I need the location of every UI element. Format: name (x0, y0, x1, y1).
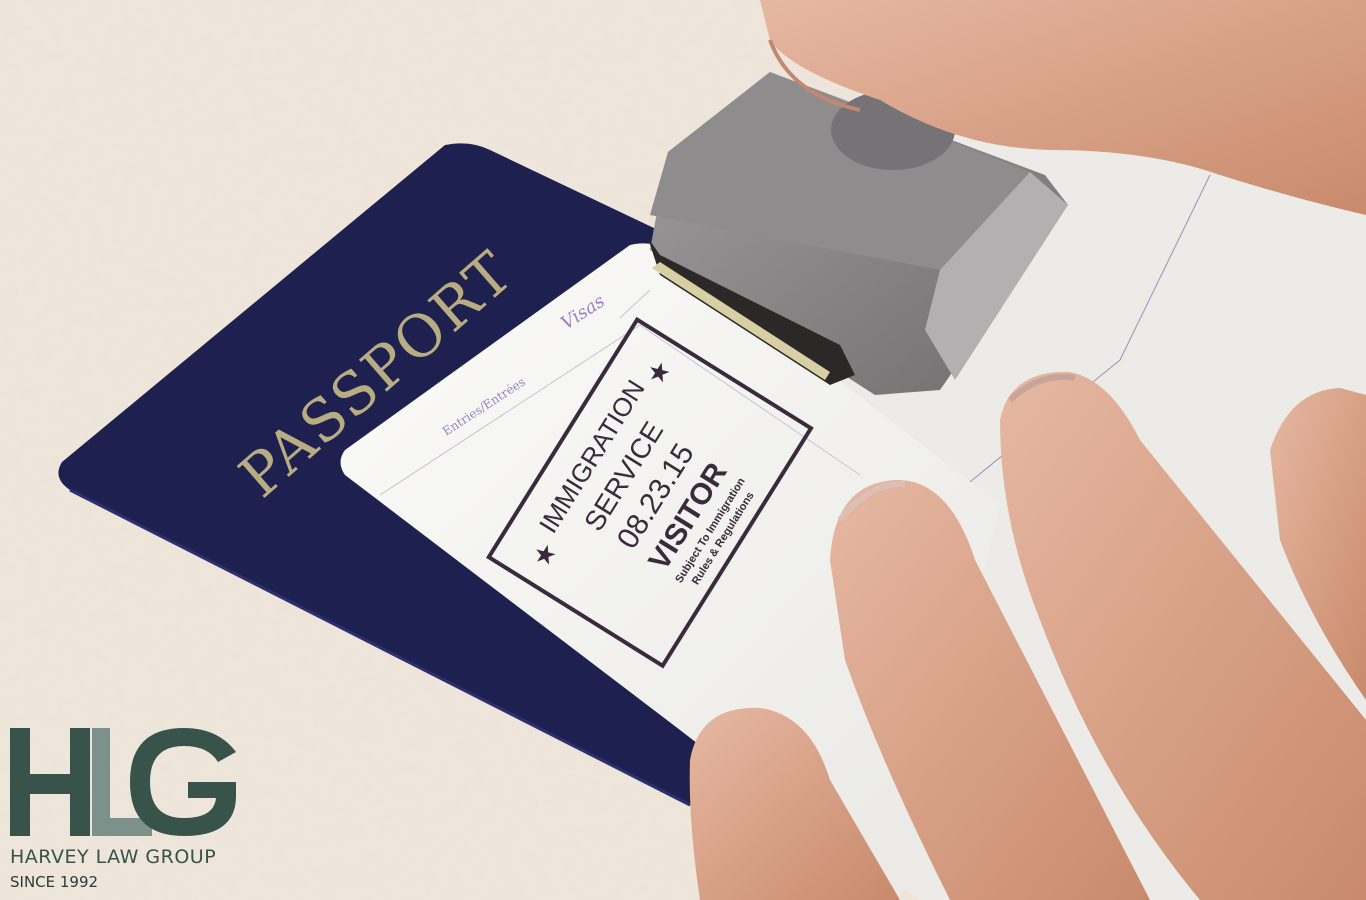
harvey-law-group-logo: HARVEY LAW GROUP SINCE 1992 (8, 722, 248, 892)
logo-company-name: HARVEY LAW GROUP (10, 846, 216, 868)
hlg-monogram (8, 722, 240, 842)
logo-since-year: SINCE 1992 (10, 873, 98, 891)
